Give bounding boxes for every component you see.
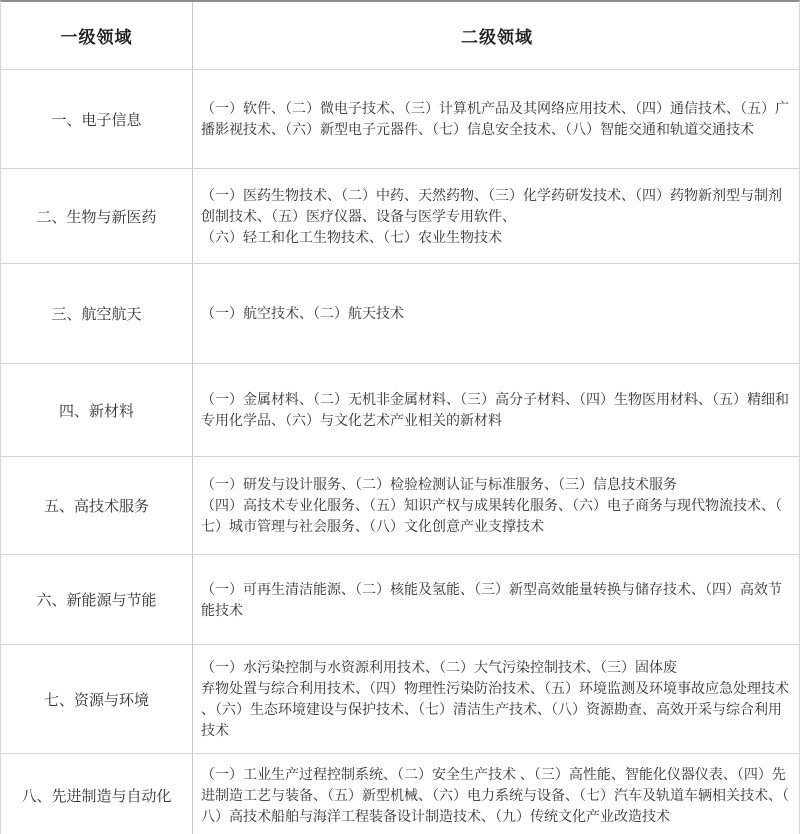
header-cell-level2: 二级领域 [193,2,800,70]
tech-fields-table: 一级领域 二级领域 一、电子信息 （一）软件、（二）微电子技术、（三）计算机产品… [0,0,800,834]
level2-text: （一）航空技术、（二）航天技术 [201,303,793,324]
table-row-5-level1: 五、高技术服务 [1,457,193,555]
table-row-4-level1: 四、新材料 [1,364,193,457]
table-row-1-level1: 一、电子信息 [1,70,193,169]
table-row-8-level1: 八、先进制造与自动化 [1,754,193,834]
level1-label: 六、新能源与节能 [36,589,156,610]
table-row-2-level1: 二、生物与新医药 [1,169,193,264]
table-row-7-level1: 七、资源与环境 [1,645,193,754]
level1-label: 二、生物与新医药 [36,206,156,227]
table-row-3-level1: 三、航空航天 [1,264,193,364]
table-row-8-level2: （一）工业生产过程控制系统、（二）安全生产技术 、（三）高性能、智能化仪器仪表、… [193,754,800,834]
header-cell-level1: 一级领域 [1,2,193,70]
table-row-5-level2: （一）研发与设计服务、（二）检验检测认证与标准服务、（三）信息技术服务 （四）高… [193,457,800,555]
level2-text: （一）可再生清洁能源、（二）核能及氢能、（三）新型高效能量转换与储存技术、（四）… [201,579,793,621]
table-row-6-level2: （一）可再生清洁能源、（二）核能及氢能、（三）新型高效能量转换与储存技术、（四）… [193,555,800,645]
table-row-2-level2: （一）医药生物技术、（二）中药、天然药物、（三）化学药研发技术、（四）药物新剂型… [193,169,800,264]
level1-label: 一、电子信息 [51,109,141,130]
level1-label: 八、先进制造与自动化 [21,785,171,806]
level1-label: 七、资源与环境 [44,689,149,710]
level2-text: （一）金属材料、（二）无机非金属材料、（三）高分子材料、（四）生物医用材料、（五… [201,389,793,431]
table-row-4-level2: （一）金属材料、（二）无机非金属材料、（三）高分子材料、（四）生物医用材料、（五… [193,364,800,457]
level1-label: 四、新材料 [59,400,134,421]
header-level1-label: 一级领域 [61,23,133,48]
table-row-6-level1: 六、新能源与节能 [1,555,193,645]
table-row-3-level2: （一）航空技术、（二）航天技术 [193,264,800,364]
level2-text: （一）研发与设计服务、（二）检验检测认证与标准服务、（三）信息技术服务 （四）高… [201,474,793,537]
table-row-1-level2: （一）软件、（二）微电子技术、（三）计算机产品及其网络应用技术、（四）通信技术、… [193,70,800,169]
header-level2-label: 二级领域 [461,23,533,48]
level1-label: 三、航空航天 [51,303,141,324]
level2-text: （一）工业生产过程控制系统、（二）安全生产技术 、（三）高性能、智能化仪器仪表、… [201,764,793,827]
table-row-7-level2: （一）水污染控制与水资源利用技术、（二）大气污染控制技术、（三）固体废 弃物处置… [193,645,800,754]
level1-label: 五、高技术服务 [44,495,149,516]
level2-text: （一）软件、（二）微电子技术、（三）计算机产品及其网络应用技术、（四）通信技术、… [201,98,793,140]
level2-text: （一）水污染控制与水资源利用技术、（二）大气污染控制技术、（三）固体废 弃物处置… [201,657,793,741]
level2-text: （一）医药生物技术、（二）中药、天然药物、（三）化学药研发技术、（四）药物新剂型… [201,185,793,248]
